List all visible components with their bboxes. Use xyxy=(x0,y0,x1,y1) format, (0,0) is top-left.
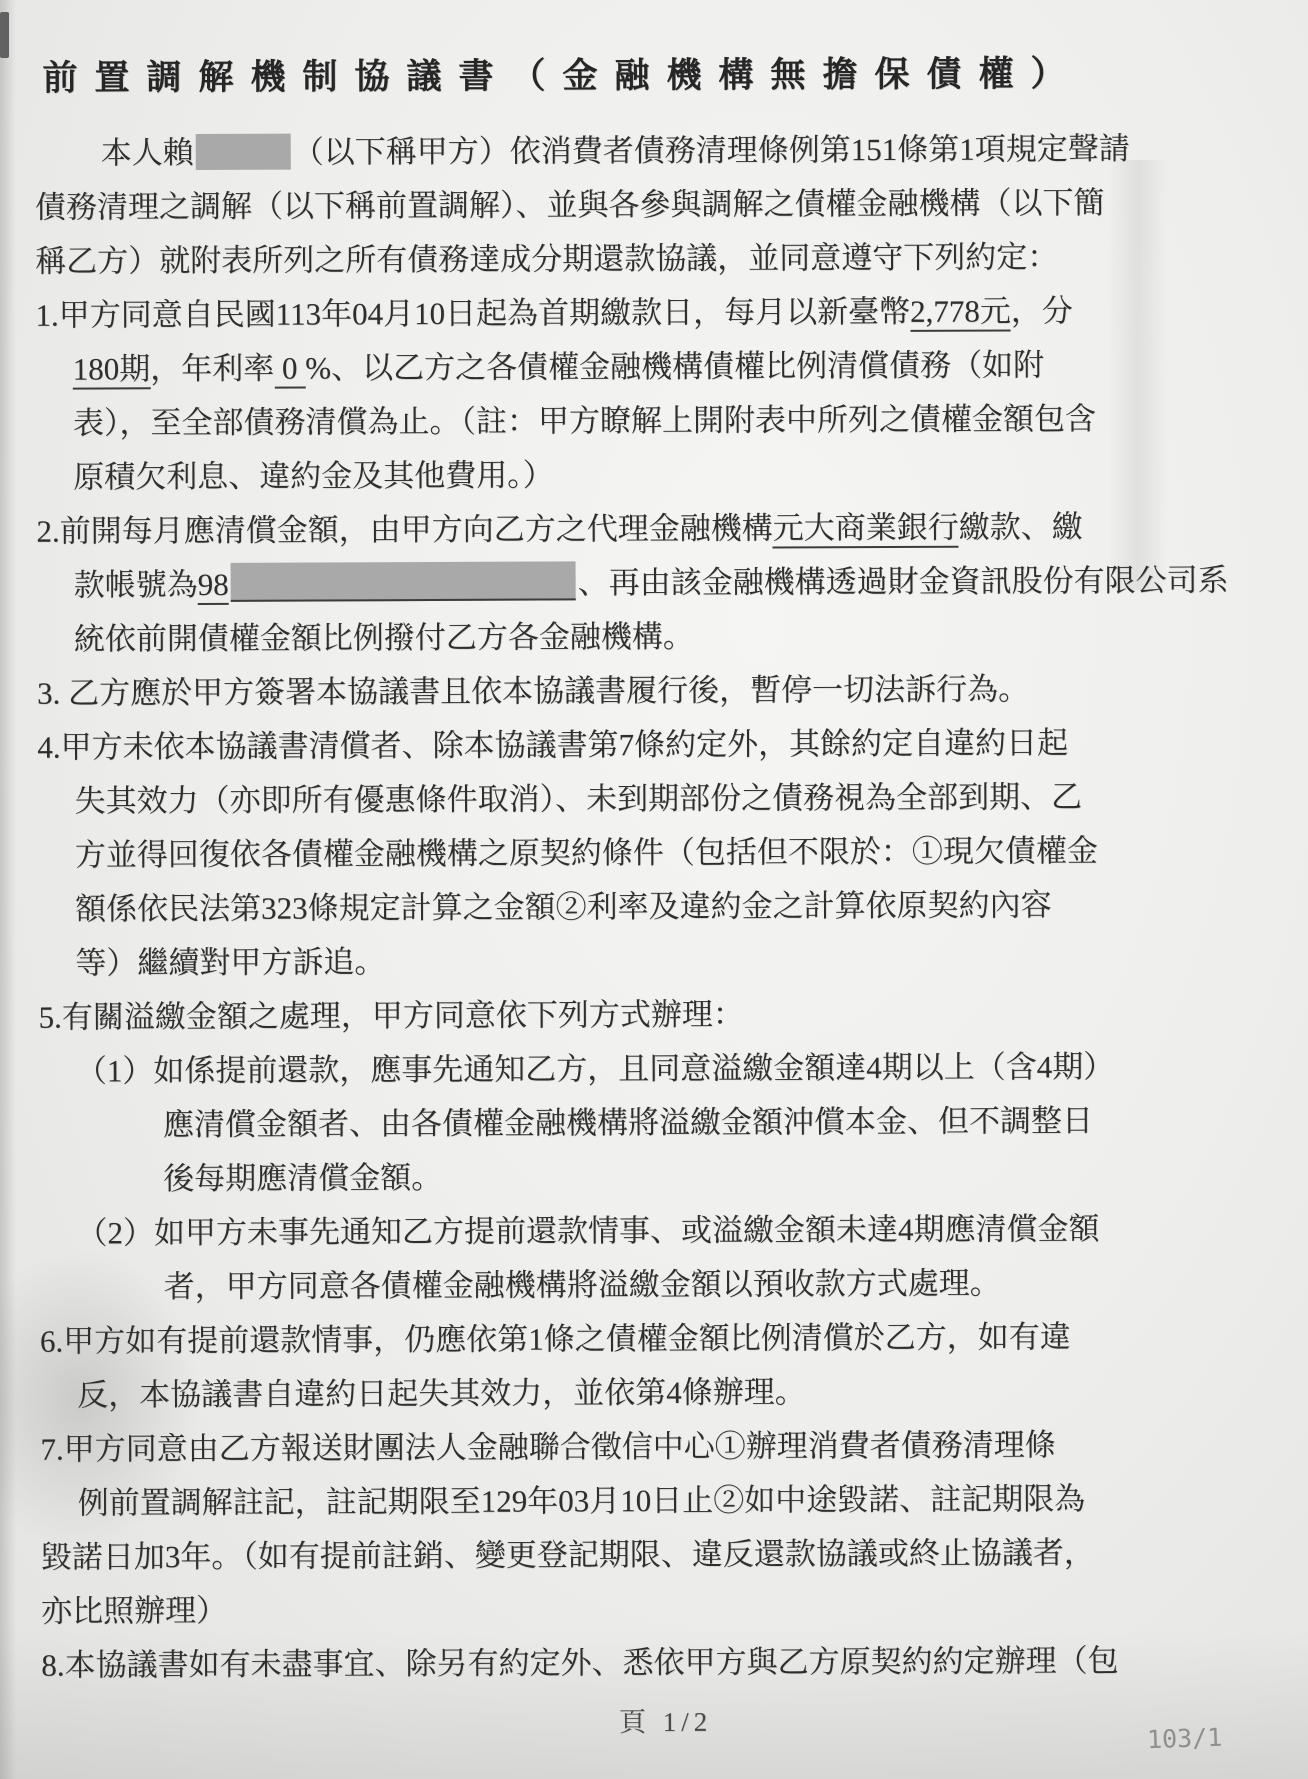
text-segment: 2,778元 xyxy=(910,293,1011,331)
document-line: 原積欠利息、違約金及其他費用。） xyxy=(36,445,1284,504)
text-segment: 5.有關溢繳金額之處理，甲方同意依下列方式辦理： xyxy=(38,997,743,1035)
document-line: 額係依民法第323條規定計算之金額②利率及違約金之計算依原契約內容 xyxy=(38,877,1286,936)
text-segment: 應清償金額者、由各債權金融機構將溢繳金額沖償本金、但不調整日 xyxy=(163,1103,1093,1142)
text-segment: 款帳號為 xyxy=(74,567,198,603)
redaction-box xyxy=(196,134,291,170)
text-segment: 統依前開債權金額比例撥付乙方各金融機構。 xyxy=(74,619,694,657)
text-segment: 表），至全部債務清償為止。（註：甲方瞭解上開附表中所列之債權金額包含 xyxy=(73,401,1096,440)
document-content: 前置調解機制協議書（金融機構無擔保債權） 本人賴（以下稱甲方）依消費者債務清理條… xyxy=(34,45,1289,1741)
document-line: 者，甲方同意各債權金融機構將溢繳金額以預收款方式處理。 xyxy=(40,1255,1288,1314)
text-segment: %、以乙方之各債權金融機構債權比例清償債務（如附 xyxy=(305,347,1044,385)
text-segment: 180期 xyxy=(73,351,151,389)
text-segment: 後每期應清償金額。 xyxy=(163,1160,442,1196)
document-line: 亦比照辦理） xyxy=(41,1579,1289,1638)
document-line: 2.前開每月應清償金額，由甲方向乙方之代理金融機構元大商業銀行繳款、繳 xyxy=(36,499,1284,558)
document-line: 5.有關溢繳金額之處理，甲方同意依下列方式辦理： xyxy=(38,985,1286,1044)
document-line: 表），至全部債務清償為止。（註：甲方瞭解上開附表中所列之債權金額包含 xyxy=(36,391,1284,450)
text-segment: ，分 xyxy=(1011,293,1073,328)
document-line: 失其效力（亦即所有優惠條件取消）、未到期部份之債務視為全部到期、乙 xyxy=(37,769,1285,828)
scan-corner-mark: 103/1 xyxy=(1146,1723,1222,1755)
redaction-box xyxy=(231,561,576,602)
document-body: 本人賴（以下稱甲方）依消費者債務清理條例第151條第1項規定聲請債務清理之調解（… xyxy=(35,121,1290,1692)
text-segment: 原積欠利息、違約金及其他費用。） xyxy=(73,457,554,494)
text-segment: 反，本協議書自違約日起失其效力，並依第4條辦理。 xyxy=(77,1374,806,1412)
text-segment: 98 xyxy=(198,567,229,605)
document-line: 統依前開債權金額比例撥付乙方各金融機構。 xyxy=(37,607,1285,666)
document-line: 6.甲方如有提前還款情事，仍應依第1條之債權金額比例清償於乙方，如有違 xyxy=(40,1309,1288,1368)
text-segment: 3. 乙方應於甲方簽署本協議書且依本協議書履行後，暫停一切法訴行為。 xyxy=(37,671,1029,710)
document-line: 3. 乙方應於甲方簽署本協議書且依本協議書履行後，暫停一切法訴行為。 xyxy=(37,661,1285,720)
text-segment: 2.前開每月應清償金額，由甲方向乙方之代理金融機構 xyxy=(36,511,772,549)
document-line: 例前置調解註記，註記期限至129年03月10日止②如中途毀諾、註記期限為 xyxy=(41,1471,1289,1530)
document-line: 反，本協議書自違約日起失其效力，並依第4條辦理。 xyxy=(40,1363,1288,1422)
text-segment: 本人賴 xyxy=(101,135,194,170)
document-line: 後每期應清償金額。 xyxy=(39,1147,1287,1206)
document-line: 4.甲方未依本協議書清償者、除本協議書第7條約定外，其餘約定自違約日起 xyxy=(37,715,1285,774)
document-line: 180期，年利率 0 %、以乙方之各債權金融機構債權比例清償債務（如附 xyxy=(36,337,1284,396)
text-segment: 者，甲方同意各債權金融機構將溢繳金額以預收款方式處理。 xyxy=(164,1266,1001,1305)
document-line: 應清償金額者、由各債權金融機構將溢繳金額沖償本金、但不調整日 xyxy=(39,1093,1287,1152)
text-segment: 、再由該金融機構透過財金資訊股份有限公司系 xyxy=(578,563,1229,601)
text-segment: 亦比照辦理） xyxy=(41,1593,227,1629)
text-segment: （2）如甲方未事先通知乙方提前還款情事、或溢繳金額未達4期應清償金額 xyxy=(76,1211,1099,1250)
document-line: 8.本協議書如有未盡事宜、除另有約定外、悉依甲方與乙方原契約約定辦理（包 xyxy=(41,1633,1289,1692)
text-segment: 0 xyxy=(274,351,305,389)
text-segment: 元大商業銀行 xyxy=(773,510,959,549)
document-line: 款帳號為98、再由該金融機構透過財金資訊股份有限公司系 xyxy=(37,553,1285,612)
document-line: 方並得回復依各債權金融機構之原契約條件（包括但不限於：①現欠債權金 xyxy=(38,823,1286,882)
text-segment: 繳款、繳 xyxy=(959,509,1083,545)
text-segment: 稱乙方）就附表所列之所有債務達成分期還款協議，並同意遵守下列約定： xyxy=(35,239,1058,278)
document-line: （1）如係提前還款，應事先通知乙方，且同意溢繳金額達4期以上（含4期） xyxy=(39,1039,1287,1098)
document-title: 前置調解機制協議書（金融機構無擔保債權） xyxy=(34,45,1282,100)
document-line: 債務清理之調解（以下稱前置調解）、並與各參與調解之債權金融機構（以下簡 xyxy=(35,175,1283,234)
document-line: 毀諾日加3年。（如有提前註銷、變更登記期限、違反還款協議或終止協議者， xyxy=(41,1525,1289,1584)
text-segment: 6.甲方如有提前還款情事，仍應依第1條之債權金額比例清償於乙方，如有違 xyxy=(40,1319,1071,1358)
text-segment: 4.甲方未依本協議書清償者、除本協議書第7條約定外，其餘約定自違約日起 xyxy=(37,725,1068,764)
text-segment: 7.甲方同意由乙方報送財團法人金融聯合徵信中心①辦理消費者債務清理條 xyxy=(40,1427,1055,1466)
document-line: 1.甲方同意自民國113年04月10日起為首期繳款日，每月以新臺幣2,778元，… xyxy=(35,283,1283,342)
text-segment: 8.本協議書如有未盡事宜、除另有約定外、悉依甲方與乙方原契約約定辦理（包 xyxy=(41,1643,1118,1683)
scanned-page: 前置調解機制協議書（金融機構無擔保債權） 本人賴（以下稱甲方）依消費者債務清理條… xyxy=(0,0,1308,1779)
text-segment: 失其效力（亦即所有優惠條件取消）、未到期部份之債務視為全部到期、乙 xyxy=(75,779,1083,818)
document-line: 7.甲方同意由乙方報送財團法人金融聯合徵信中心①辦理消費者債務清理條 xyxy=(40,1417,1288,1476)
document-line: （2）如甲方未事先通知乙方提前還款情事、或溢繳金額未達4期應清償金額 xyxy=(39,1201,1287,1260)
text-segment: 額係依民法第323條規定計算之金額②利率及違約金之計算依原契約內容 xyxy=(75,887,1052,926)
document-line: 稱乙方）就附表所列之所有債務達成分期還款協議，並同意遵守下列約定： xyxy=(35,229,1283,288)
text-segment: ，年利率 xyxy=(150,351,274,387)
page-number: 頁 1/2 xyxy=(42,1697,1290,1741)
text-segment: 方並得回復依各債權金融機構之原契約條件（包括但不限於：①現欠債權金 xyxy=(75,833,1098,872)
text-segment: 1.甲方同意自民國113年04月10日起為首期繳款日，每月以新臺幣 xyxy=(35,294,910,333)
text-segment: （1）如係提前還款，應事先通知乙方，且同意溢繳金額達4期以上（含4期） xyxy=(76,1049,1115,1089)
text-segment: （以下稱甲方）依消費者債務清理條例第151條第1項規定聲請 xyxy=(293,131,1130,170)
text-segment: 毀諾日加3年。（如有提前註銷、變更登記期限、違反還款協議或終止協議者， xyxy=(41,1535,1095,1575)
document-line: 等）繼續對甲方訴追。 xyxy=(38,931,1286,990)
text-segment: 債務清理之調解（以下稱前置調解）、並與各參與調解之債權金融機構（以下簡 xyxy=(35,185,1105,225)
text-segment: 例前置調解註記，註記期限至129年03月10日止②如中途毀諾、註記期限為 xyxy=(78,1481,1086,1520)
text-segment: 等）繼續對甲方訴追。 xyxy=(75,944,385,980)
document-line: 本人賴（以下稱甲方）依消費者債務清理條例第151條第1項規定聲請 xyxy=(35,121,1283,180)
